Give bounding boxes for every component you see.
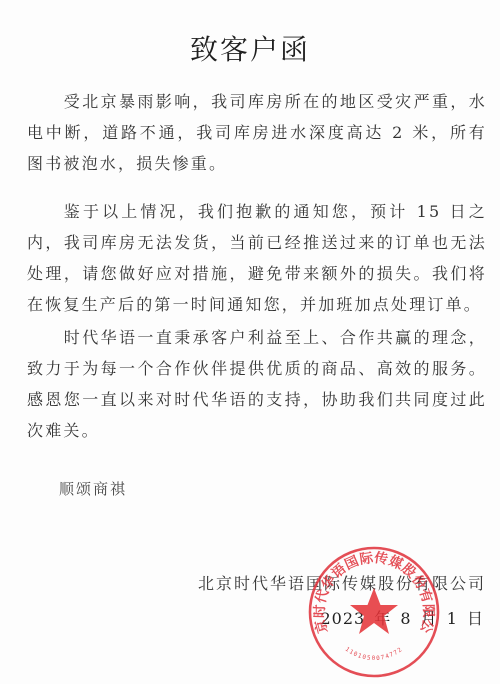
paragraph-2: 鉴于以上情况，我们抱歉的通知您，预计 15 日之内，我司库房无法发货，当前已经推… (27, 196, 487, 320)
paragraph-1: 受北京暴雨影响，我司库房所在的地区受灾严重，水电中断，道路不通，我司库房进水深度… (27, 86, 487, 179)
page-title: 致客户函 (0, 28, 500, 68)
company-signature: 北京时代华语国际传媒股份有限公司 (198, 571, 486, 594)
letter-page: 致客户函 受北京暴雨影响，我司库房所在的地区受灾严重，水电中断，道路不通，我司库… (0, 0, 500, 684)
stamp-number: 1101050074772 (344, 646, 405, 662)
paragraph-3: 时代华语一直秉承客户利益至上、合作共赢的理念，致力于为每一个合作伙伴提供优质的商… (27, 322, 487, 446)
letter-date: 2023 年 8 月 1 日 (320, 606, 484, 629)
letter-body: 受北京暴雨影响，我司库房所在的地区受灾严重，水电中断，道路不通，我司库房进水深度… (27, 86, 487, 446)
closing-salutation: 顺颂商祺 (59, 478, 127, 499)
